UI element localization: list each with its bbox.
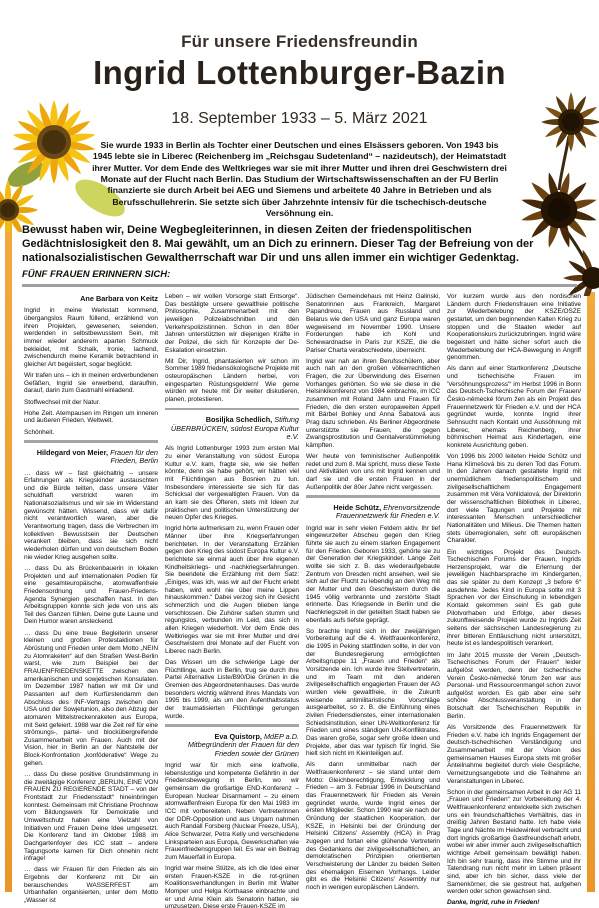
body-paragraph: Als dann auf einer Startkonferenz „Deuts… [447, 365, 581, 449]
body-paragraph: Wir trafen uns – ich in meinen erdverbun… [24, 372, 158, 395]
author-role: Frauen für den Frieden, Berlin [108, 448, 158, 465]
author-byline: Hildegard von Meier, Frauen für den Frie… [24, 449, 158, 466]
author-byline: Bosiljka Schedlich, Stiftung ÜBERBRÜCKEN… [165, 416, 299, 441]
memorial-page: Für unsere Friedensfreundin Ingrid Lotte… [0, 0, 599, 908]
dried-sunflowers-photo [517, 78, 599, 301]
life-dates: 18. September 1933 – 5. März 2021 [70, 110, 529, 128]
body-paragraph: Leben – wir wollen Vorsorge statt Entsor… [165, 293, 299, 354]
left-accent-bar [5, 216, 12, 892]
section-divider [165, 408, 299, 411]
text-column-3: Jüdischen Gemeindehaus mit Heinz Galinsk… [306, 293, 440, 894]
page-title: Ingrid Lottenburger-Bazin [70, 54, 529, 92]
body-paragraph: Schönheit. [24, 429, 158, 437]
body-paragraph: … dass wir – fast gleichaltrig – unsere … [24, 470, 158, 562]
body-paragraph: Als dann unmittelbar nach der Weltfrauen… [306, 761, 440, 891]
author-name: Hildegard von Meier, [37, 448, 108, 457]
body-paragraph: Hohe Zeit. Atempausen im Ringen um inner… [24, 410, 158, 425]
body-paragraph: Das Wissen um die schwierige Lage der Fl… [165, 659, 299, 720]
body-paragraph: Von 1996 bis 2000 leiteten Heide Schütz … [447, 453, 581, 545]
signoff-line: Danke, Ingrid, ruhe in Frieden! [447, 899, 581, 907]
body-paragraph: Ingrid in meine Werkstatt kommend, überg… [24, 307, 158, 368]
body-paragraph: Vor kurzem wurde aus den nordischen Länd… [447, 293, 581, 362]
author-byline: Ane Barbara von Keitz [24, 295, 158, 303]
eyebrow-line: Für unsere Friedensfreundin [70, 32, 529, 52]
body-paragraph: Ingrid war meine Stütze, als ich die Ide… [165, 865, 299, 908]
section-divider [165, 724, 299, 727]
body-paragraph: Stoffwechsel mit der Natur. [24, 399, 158, 407]
body-paragraph: … dass Du diese positive Grundstimmung i… [24, 771, 158, 863]
body-paragraph: … dass wir Frauen für den Frieden als ei… [24, 866, 158, 904]
text-columns: Ane Barbara von KeitzIngrid in meine Wer… [24, 293, 581, 894]
body-paragraph: Mit Dir, Ingrid, phantasierten wir schon… [165, 358, 299, 404]
body-paragraph: Wer heute von feministischer Außenpoliti… [306, 453, 440, 491]
body-paragraph: Ein wichtiges Projekt des Deutsch-Tschec… [447, 549, 581, 649]
right-accent-bar [587, 292, 595, 892]
body-paragraph: Als Ingrid Lottenburger 1993 zum ersten … [165, 445, 299, 522]
author-name: Ane Barbara von Keitz [80, 294, 158, 303]
body-paragraph: Ingrid war für mich eine kraftvolle, leb… [165, 762, 299, 862]
text-column-1: Ane Barbara von KeitzIngrid in meine Wer… [24, 293, 158, 894]
biography-intro: Sie wurde 1933 in Berlin als Tochter ein… [92, 140, 507, 219]
body-paragraph: … dass Du als Brückenbauerin in lokalen … [24, 565, 158, 626]
author-byline: Eva Quistorp, MdEP a.D. Mitbegründerin d… [165, 733, 299, 758]
body-paragraph: Ingrid hörte aufmerksam zu, wenn Frauen … [165, 525, 299, 655]
body-paragraph: Jüdischen Gemeindehaus mit Heinz Galinsk… [306, 293, 440, 354]
section-divider [24, 440, 158, 443]
body-paragraph: So brachte Ingrid sich in der zweijährig… [306, 628, 440, 758]
body-paragraph: Im Jahr 2015 musste der Verein „Deutsch-… [447, 652, 581, 721]
text-column-4: Vor kurzem wurde aus den nordischen Länd… [447, 293, 581, 894]
text-column-2: Leben – wir wollen Vorsorge statt Entsor… [165, 293, 299, 894]
body-paragraph: Als Vorsitzende des Frauennetzwerk für F… [447, 724, 581, 785]
dedication-paragraph: Bewusst haben wir, Deine Wegbegleiterinn… [22, 223, 569, 265]
body-paragraph: Schon in der gemeinsamen Arbeit in der A… [447, 789, 581, 896]
body-paragraph: … dass Du eine treue Begleiterin unserer… [24, 630, 158, 768]
author-byline: Heide Schütz, Ehrenvorsitzende Frauennet… [306, 504, 440, 521]
kicker-rule [22, 284, 577, 287]
body-paragraph: Ingrid war nah an ihren Berufsschülern, … [306, 358, 440, 450]
section-divider [306, 495, 440, 498]
body-paragraph: Ingrid war in sehr vielen Feldern aktiv.… [306, 525, 440, 625]
section-kicker: FÜNF FRAUEN ERINNERN SICH: [22, 269, 170, 280]
